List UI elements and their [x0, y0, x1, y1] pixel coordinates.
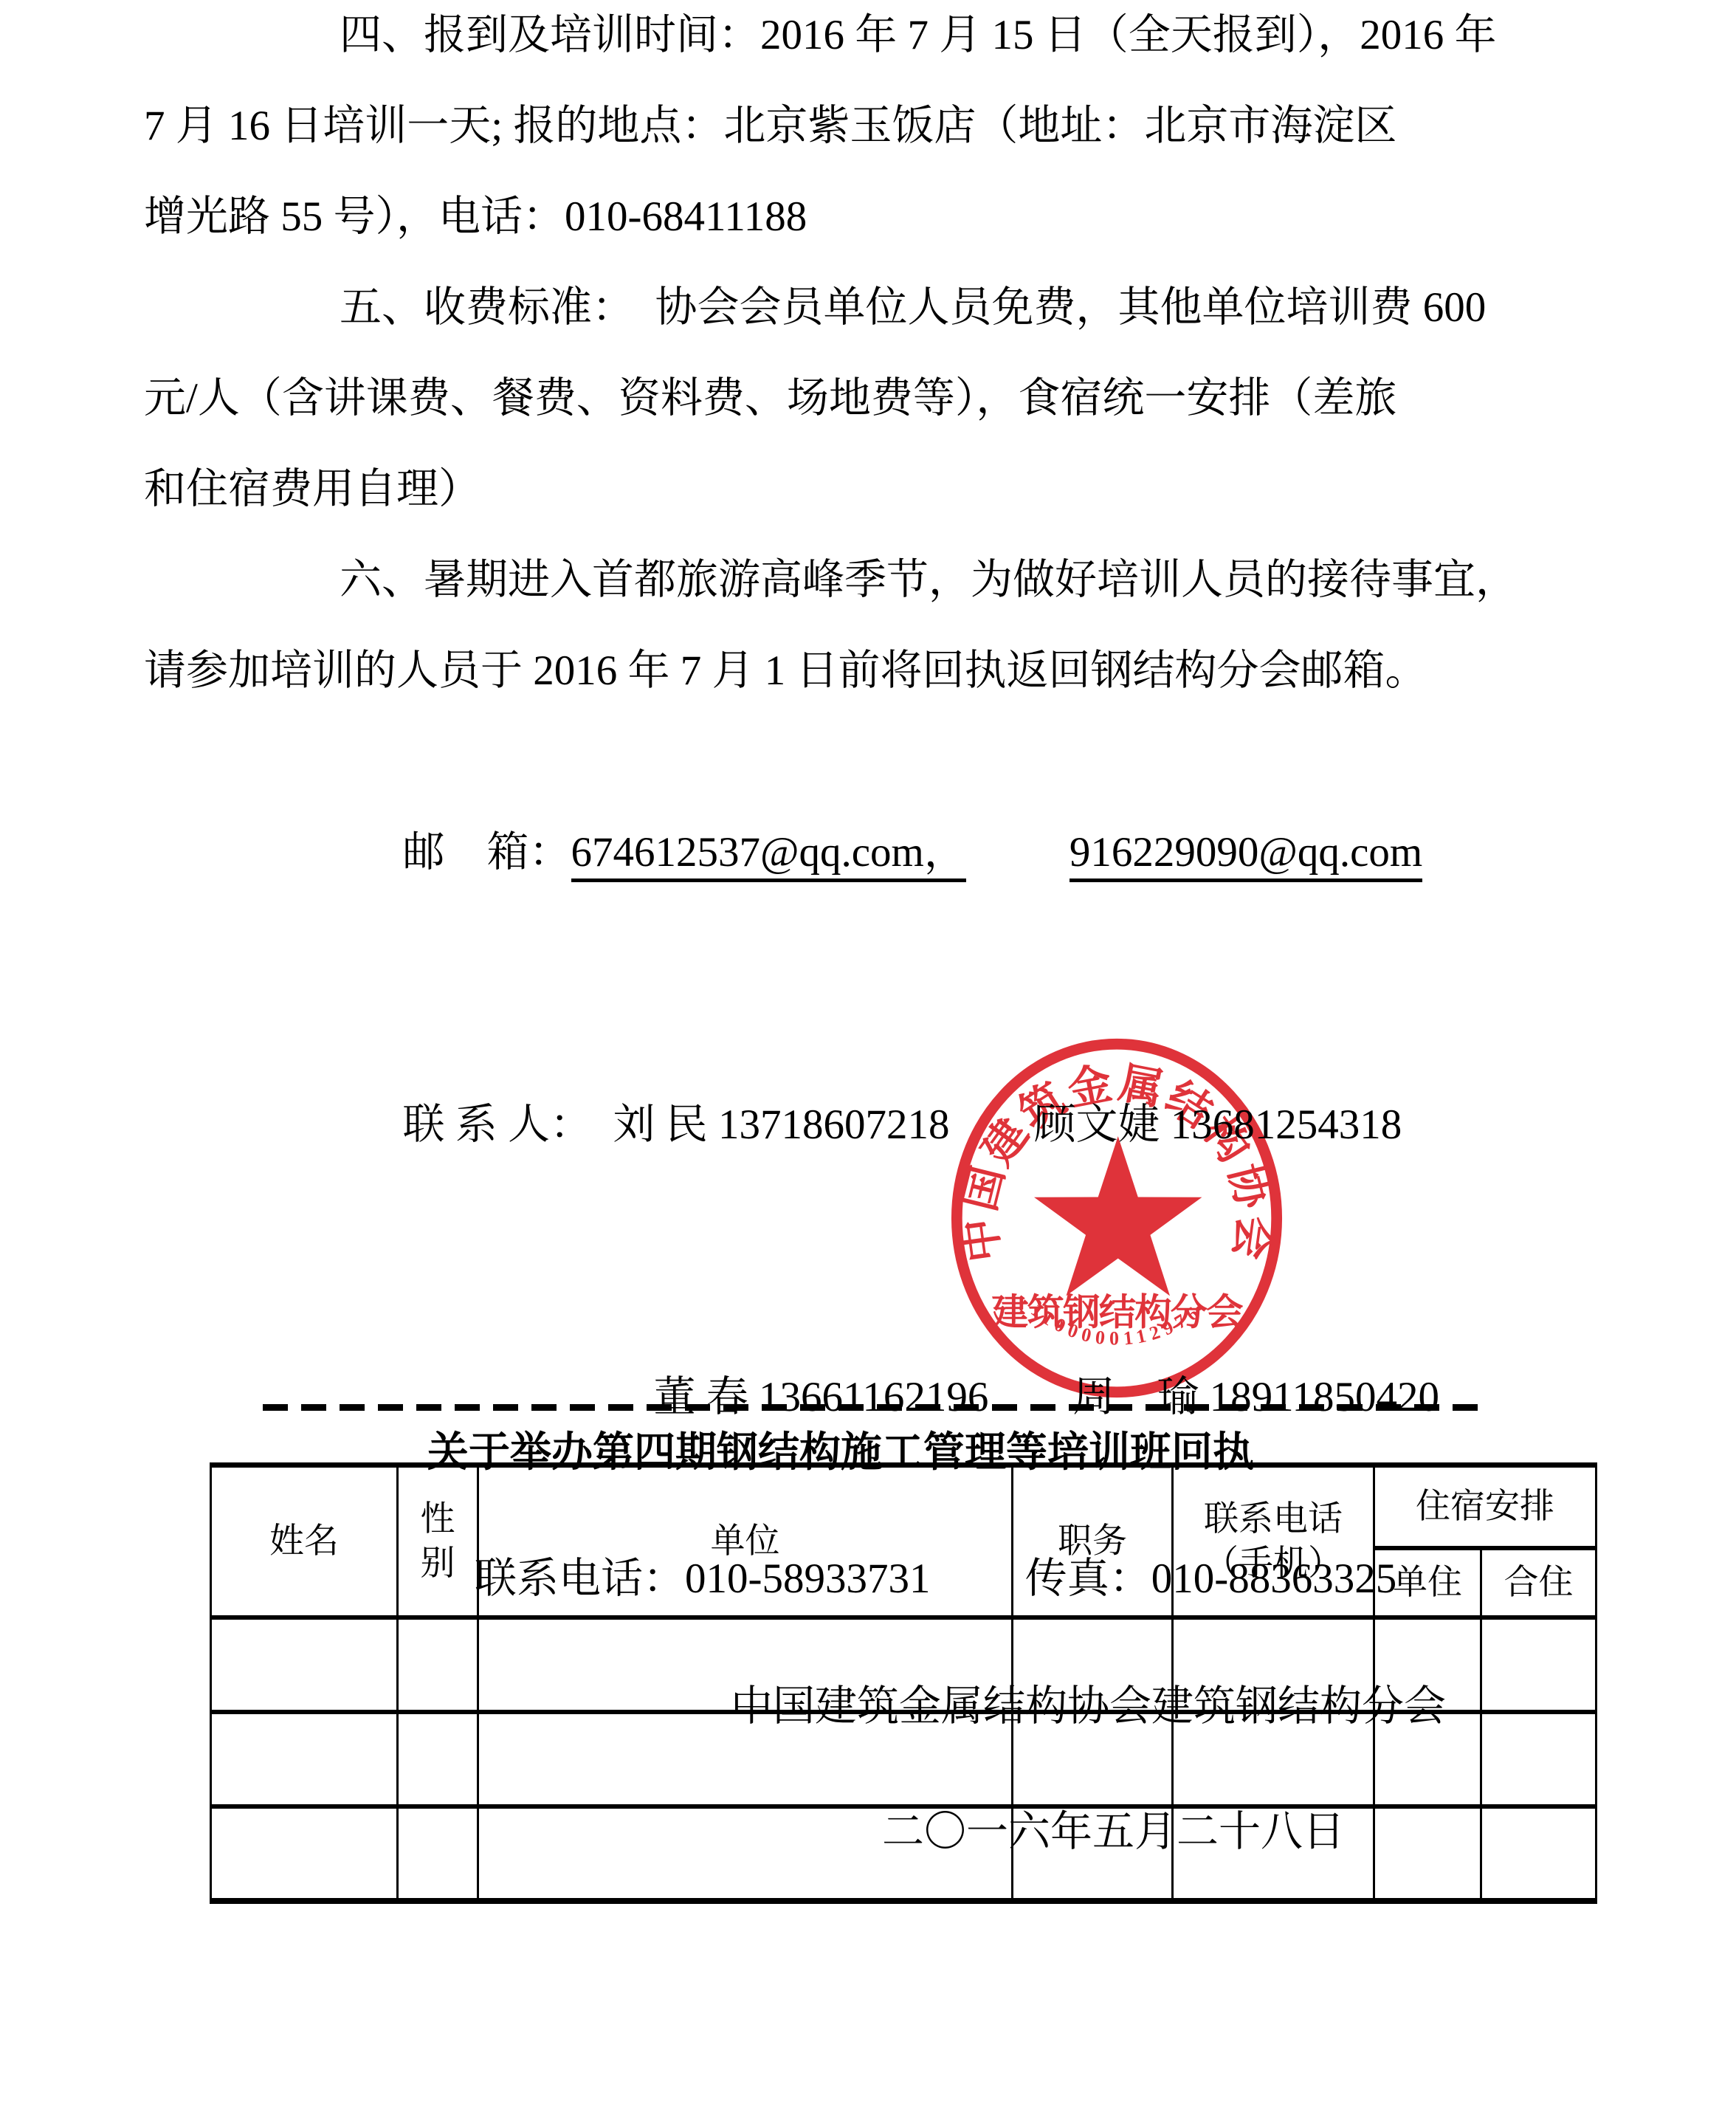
table-row: [211, 1712, 1596, 1806]
para-5-line-3: 和住宿费用自理）: [144, 444, 1620, 534]
table-row: [211, 1806, 1596, 1901]
cell-gender: [398, 1712, 478, 1806]
column-header-job: 职务: [1013, 1465, 1173, 1617]
para-5-line-2: 元/人（含讲课费、餐费、资料费、场地费等），食宿统一安排（差旅: [144, 353, 1620, 444]
document-page: { "body": { "lines": [ "四、报到及培训时间：2016 年…: [0, 0, 1736, 2118]
para-4-line-2: 7 月 16 日培训一天; 报的地点：北京紫玉饭店（地址：北京市海淀区: [144, 80, 1620, 171]
column-header-shared-room: 合住: [1481, 1548, 1596, 1617]
column-header-gender: 性 别: [398, 1465, 478, 1617]
mailbox-line: 邮 箱：674612537@qq.com，916229090@qq.com: [144, 716, 1620, 988]
cell-gender: [398, 1617, 478, 1712]
para-4-line-3: 增光路 55 号），电话：010-68411188: [144, 171, 1620, 262]
cell-name: [211, 1806, 398, 1901]
cell-shared: [1481, 1806, 1596, 1901]
column-header-name: 姓名: [211, 1465, 398, 1617]
column-header-phone: 联系电话 （手机）: [1173, 1465, 1374, 1617]
mailbox-label: 邮 箱：: [403, 829, 571, 876]
cell-shared: [1481, 1712, 1596, 1806]
para-6-line-2: 请参加培训的人员于 2016 年 7 月 1 日前将回执返回钢结构分会邮箱。: [144, 625, 1620, 716]
cell-phone: [1173, 1712, 1374, 1806]
column-header-lodging: 住宿安排: [1374, 1465, 1596, 1548]
email-address-1: 674612537@qq.com，: [571, 829, 966, 882]
contacts-row-1: 刘 民 13718607218 顾文婕 13681254318: [613, 1101, 1402, 1148]
cell-job: [1013, 1617, 1173, 1712]
cell-phone: [1173, 1806, 1374, 1901]
cell-gender: [398, 1806, 478, 1901]
reply-form-table: 姓名 性 别 单位 职务 联系电话 （手机） 住宿安排 单住 合住: [210, 1462, 1597, 1904]
tear-off-dashed-line: [263, 1404, 1482, 1411]
contacts-label: 联 系 人：: [403, 1101, 613, 1148]
cell-shared: [1481, 1617, 1596, 1712]
email-address-2: 916229090@qq.com: [1069, 829, 1422, 882]
cell-single: [1374, 1617, 1481, 1712]
notice-document: 四、报到及培训时间：2016 年 7 月 15 日（全天报到），2016 年 7…: [0, 0, 1736, 2118]
cell-job: [1013, 1806, 1173, 1901]
cell-single: [1374, 1712, 1481, 1806]
cell-single: [1374, 1806, 1481, 1901]
cell-job: [1013, 1712, 1173, 1806]
column-header-unit: 单位: [478, 1465, 1013, 1617]
para-6-line-1: 六、暑期进入首都旅游高峰季节，为做好培训人员的接待事宜，: [144, 534, 1620, 625]
contacts-row-2: 董 春 13661162196 周 瑜 18911850420: [654, 1374, 1440, 1420]
table-row: [211, 1617, 1596, 1712]
cell-name: [211, 1712, 398, 1806]
cell-phone: [1173, 1617, 1374, 1712]
column-header-single-room: 单住: [1374, 1548, 1481, 1617]
para-5-line-1: 五、收费标准： 协会会员单位人员免费，其他单位培训费 600: [144, 262, 1620, 353]
contacts-line-1: 联 系 人： 刘 民 13718607218 顾文婕 13681254318: [144, 988, 1620, 1261]
cell-unit: [478, 1617, 1013, 1712]
cell-name: [211, 1617, 398, 1712]
para-4-line-1: 四、报到及培训时间：2016 年 7 月 15 日（全天报到），2016 年: [144, 0, 1620, 80]
cell-unit: [478, 1806, 1013, 1901]
cell-unit: [478, 1712, 1013, 1806]
